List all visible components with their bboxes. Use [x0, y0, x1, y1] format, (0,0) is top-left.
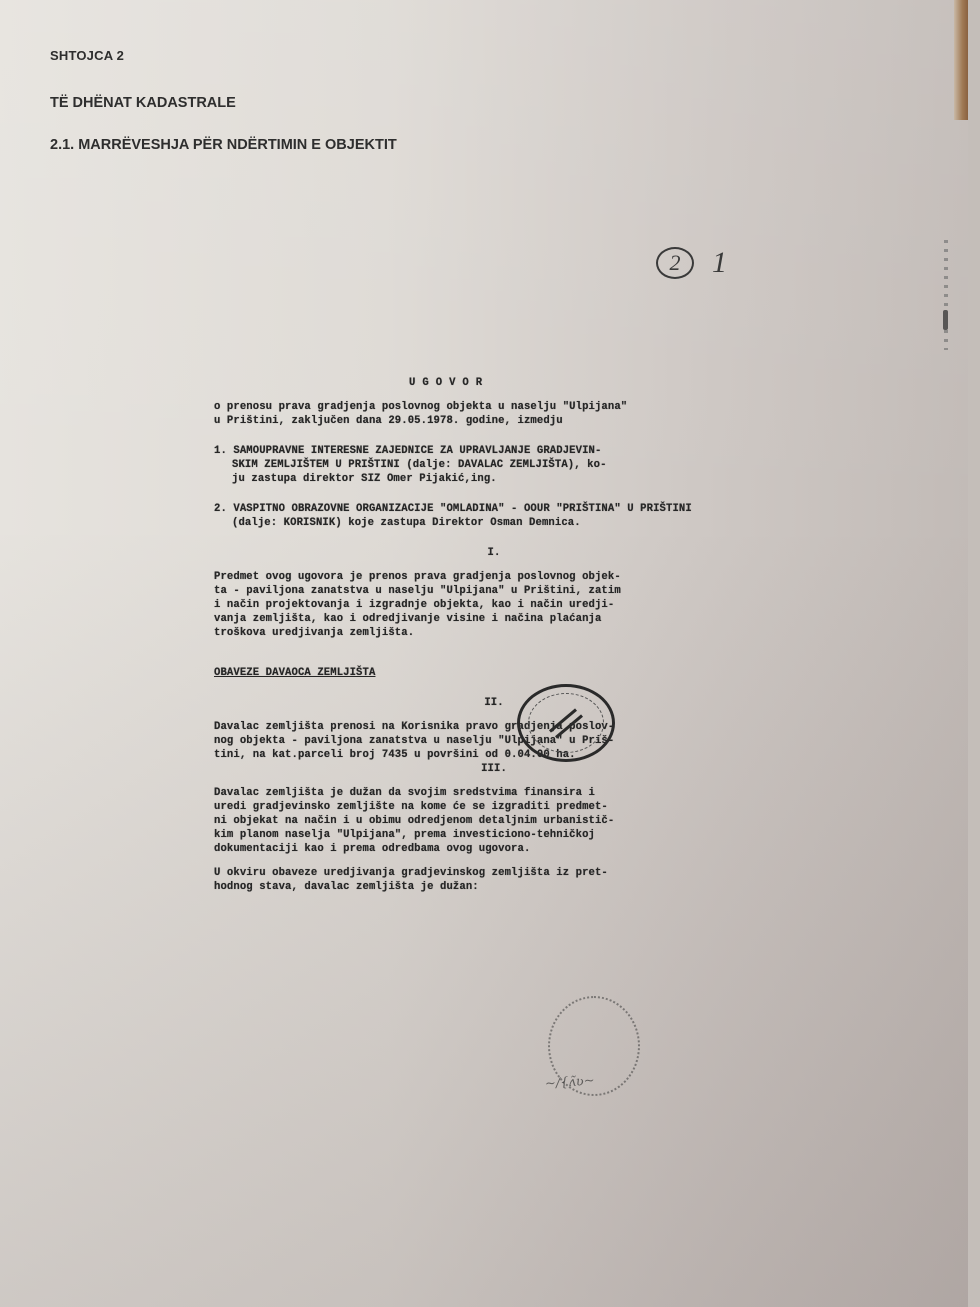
article-numeral: II.	[214, 696, 774, 710]
page-number: 1	[712, 246, 727, 279]
circled-number: 2	[656, 247, 694, 279]
agreement-intro: o prenosu prava gradjenja poslovnog obje…	[214, 400, 774, 428]
party-2: 2. VASPITNO OBRAZOVNE ORGANIZACIJE "OMLA…	[232, 502, 774, 530]
article-paragraph: U okviru obaveze uredjivanja gradjevinsk…	[214, 866, 774, 894]
document-page: SHTOJCA 2 TË DHËNAT KADASTRALE 2.1. MARR…	[0, 0, 968, 1307]
official-stamp	[517, 684, 615, 762]
agreement-title: UGOVOR	[409, 376, 774, 390]
article-numeral: III.	[214, 762, 774, 776]
article-numeral: I.	[214, 546, 774, 560]
section-subtitle: 2.1. MARRËVESHJA PËR NDËRTIMIN E OBJEKTI…	[50, 137, 397, 153]
margin-mark	[944, 240, 948, 350]
section-heading: OBAVEZE DAVAOCA ZEMLJIŠTA	[214, 666, 774, 680]
article-paragraph: Davalac zemljišta je dužan da svojim sre…	[214, 786, 774, 856]
article-paragraph: Predmet ovog ugovora je prenos prava gra…	[214, 570, 774, 640]
annex-label: SHTOJCA 2	[50, 48, 397, 63]
section-title: TË DHËNAT KADASTRALE	[50, 95, 397, 111]
party-1: 1. SAMOUPRAVNE INTERESNE ZAJEDNICE ZA UP…	[232, 444, 774, 486]
handwritten-page-number: 2 1	[656, 246, 727, 280]
annex-header: SHTOJCA 2 TË DHËNAT KADASTRALE 2.1. MARR…	[50, 48, 397, 153]
article-paragraph: Davalac zemljišta prenosi na Korisnika p…	[214, 720, 774, 762]
table-edge	[954, 0, 968, 120]
typed-agreement: UGOVOR o prenosu prava gradjenja poslovn…	[214, 376, 774, 894]
